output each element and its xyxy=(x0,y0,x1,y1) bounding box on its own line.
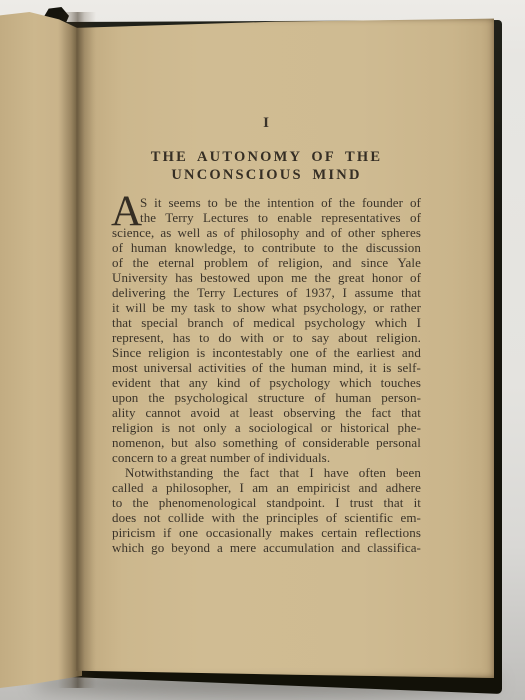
chapter-title: THE AUTONOMY OF THE UNCONSCIOUS MIND xyxy=(102,148,431,184)
text-line: the Terry Lectures to enable representat… xyxy=(112,210,421,225)
chapter-title-line-2: UNCONSCIOUS MIND xyxy=(102,166,431,184)
text-line: of human knowledge, to contribute to the… xyxy=(112,240,421,255)
text-line: does not collide with the principles of … xyxy=(112,510,421,525)
book-right-page: I THE AUTONOMY OF THE UNCONSCIOUS MIND A… xyxy=(76,18,494,678)
chapter-number: I xyxy=(112,115,421,132)
text-line: science, as well as of philosophy and of… xyxy=(112,225,421,240)
text-line: concern to a great number of individuals… xyxy=(112,450,421,465)
paragraph-2: Notwithstanding the fact that I have oft… xyxy=(112,465,421,555)
drop-cap-letter: A xyxy=(111,196,139,228)
text-line: that special branch of medical psycholog… xyxy=(112,315,421,330)
text-line: piricism if one occasionally makes certa… xyxy=(112,525,421,540)
text-line: it will be my task to show what psycholo… xyxy=(112,300,421,315)
text-line: most universal activities of the human m… xyxy=(112,360,421,375)
text-line: S it seems to be the intention of the fo… xyxy=(112,195,421,210)
text-line: University has bestowed upon me the grea… xyxy=(112,270,421,285)
text-line: Notwithstanding the fact that I have oft… xyxy=(112,465,421,480)
text-line: Since religion is incontestably one of t… xyxy=(112,345,421,360)
text-line: represent, has to do with or to say abou… xyxy=(112,330,421,345)
paragraph-1: A S it seems to be the intention of the … xyxy=(112,195,421,465)
text-line: evident that any kind of psychology whic… xyxy=(112,375,421,390)
text-line: upon the psychological structure of huma… xyxy=(112,390,421,405)
text-line: delivering the Terry Lectures of 1937, I… xyxy=(112,285,421,300)
page-content: I THE AUTONOMY OF THE UNCONSCIOUS MIND A… xyxy=(112,18,421,678)
text-line: religion is not only a sociological or h… xyxy=(112,420,421,435)
text-line: called a philosopher, I am an empiricist… xyxy=(112,480,421,495)
book-left-page xyxy=(0,12,82,688)
text-line: to the phenomenological standpoint. I tr… xyxy=(112,495,421,510)
text-line: of the eternal problem of religion, and … xyxy=(112,255,421,270)
chapter-title-line-1: THE AUTONOMY OF THE xyxy=(102,148,431,166)
text-line: ality cannot avoid at least observing th… xyxy=(112,405,421,420)
text-line: which go beyond a mere accumulation and … xyxy=(112,540,421,555)
body-text: A S it seems to be the intention of the … xyxy=(112,195,421,555)
book-photo-scene: I THE AUTONOMY OF THE UNCONSCIOUS MIND A… xyxy=(0,0,525,700)
text-line: nomenon, but also something of considera… xyxy=(112,435,421,450)
